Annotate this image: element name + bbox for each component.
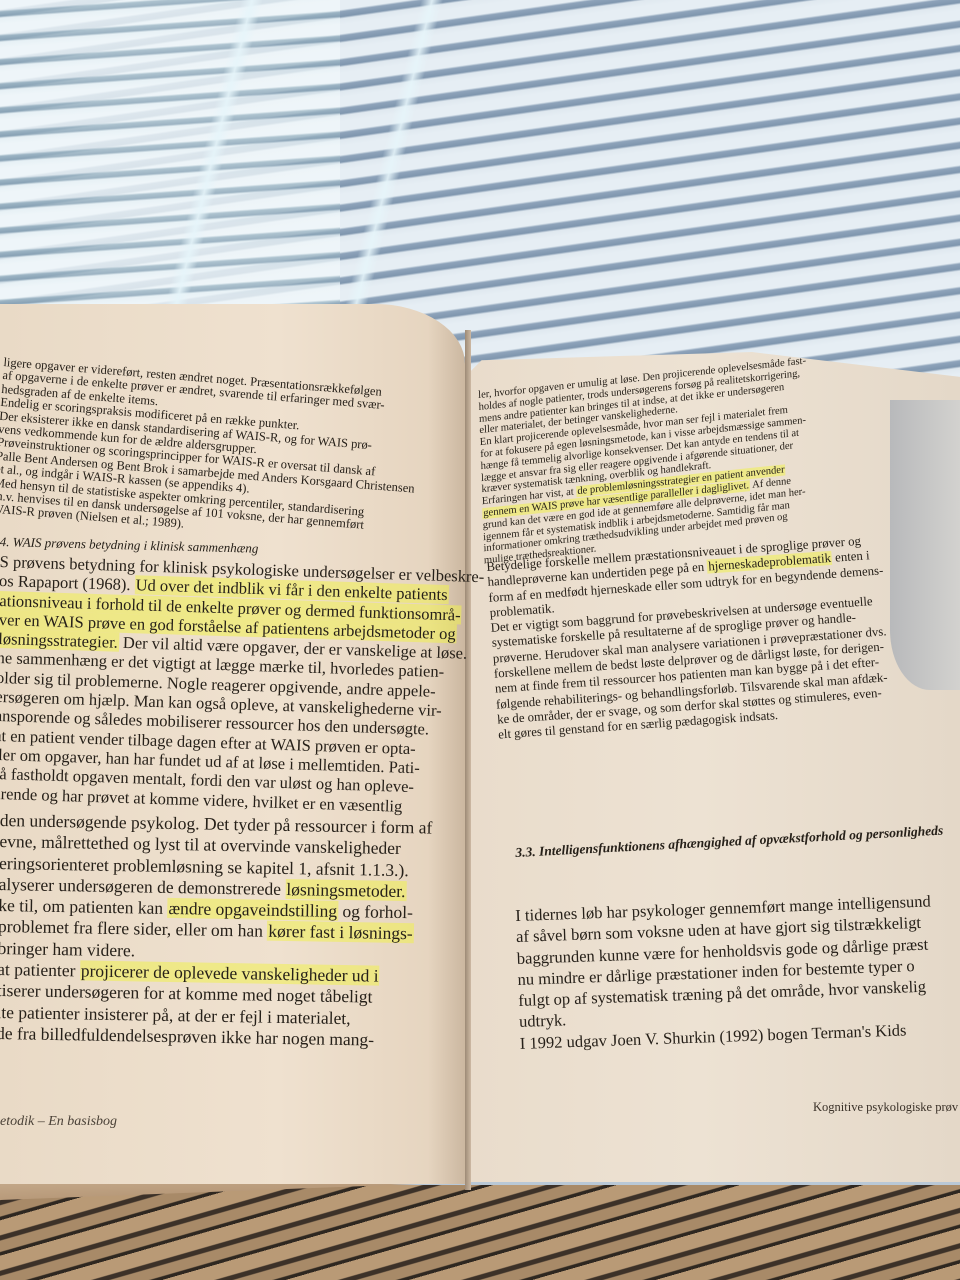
highlighted-text: kører fast i løsnings- (267, 921, 414, 944)
left-running-footer: etodik – En basisbog (0, 1114, 117, 1130)
striped-fabric (0, 1185, 960, 1280)
right-page-flap (890, 400, 960, 690)
right-mid-paragraph: Betydelige forskelle mellem præstationsn… (486, 532, 893, 743)
right-body-paragraph: I tidernes løb har psykologer gennemført… (515, 890, 936, 1053)
highlighted-text: løsningsmetoder. (285, 879, 406, 901)
left-body-paragraph: S prøvens betydning for klinisk psykolog… (0, 552, 485, 818)
right-top-paragraph: ler, hvorfor opgaven er umulig at løse. … (478, 356, 812, 568)
right-running-footer: Kognitive psykologiske prøv (813, 1100, 958, 1115)
left-top-paragraph: ligere opgaver er videreført, resten ænd… (0, 356, 422, 549)
left-body-paragraph-2: den undersøgende psykolog. Det tyder på … (0, 810, 432, 1052)
highlighted-text: ændre opgaveindstilling (167, 898, 338, 921)
